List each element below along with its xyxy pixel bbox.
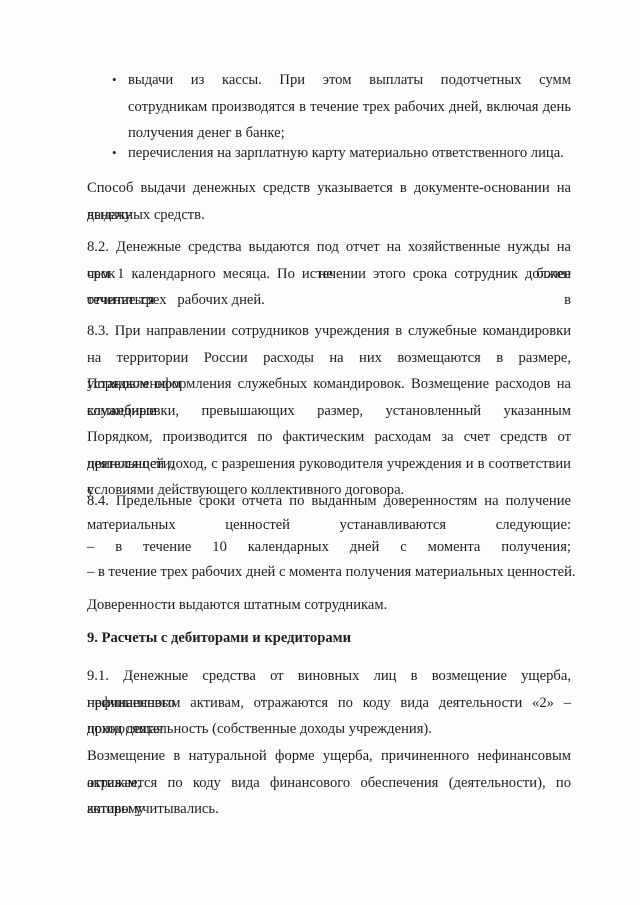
text-line: чем 1 календарного месяца. По истечении … [87, 261, 571, 288]
text-line: – в течение 10 календарных дней с момент… [87, 535, 571, 559]
document-page: • выдачи из кассы. При этом выплаты подо… [0, 0, 640, 905]
text-line: Порядком, производится по фактическим ра… [87, 424, 571, 451]
text-line: командировки, превышающих размер, устано… [87, 398, 571, 425]
text-line: активы учитывались. [87, 796, 571, 823]
text-line: – в течение трех рабочих дней с момента … [87, 559, 571, 586]
text-line: выдачи из кассы. При этом выплаты подотч… [128, 67, 571, 94]
paragraph-8-4: 8.4. Предельные сроки отчета по выданным… [87, 488, 571, 585]
text-line: 8.2. Денежные средства выдаются под отче… [87, 234, 571, 261]
text-line: доход деятельность (собственные доходы у… [87, 716, 571, 743]
section-heading-9: 9. Расчеты с дебиторами и кредиторами [87, 625, 571, 652]
text-line: отражается по коду вида финансового обес… [87, 770, 571, 797]
text-line: Порядком оформления служебных командиров… [87, 371, 571, 398]
paragraph-9-1: 9.1. Денежные средства от виновных лиц в… [87, 663, 571, 743]
text-line: 9.1. Денежные средства от виновных лиц в… [87, 663, 571, 690]
text-line: 8.3. При направлении сотрудников учрежде… [87, 318, 571, 345]
text-line: Доверенности выдаются штатным сотрудника… [87, 592, 571, 619]
paragraph-payment-method: Способ выдачи денежных средств указывает… [87, 175, 571, 228]
text-line: на территории России расходы на них возм… [87, 345, 571, 372]
text-line: 8.4. Предельные сроки отчета по выданным… [87, 488, 571, 515]
bullet-icon: • [112, 67, 126, 94]
text-line: сотрудникам производятся в течение трех … [128, 94, 571, 121]
text-line: приносящей доход, с разрешения руководит… [87, 451, 571, 478]
bullet-icon: • [112, 140, 126, 167]
text-line: Возмещение в натуральной форме ущерба, п… [87, 743, 571, 770]
heading-text: 9. Расчеты с дебиторами и кредиторами [87, 625, 571, 652]
text-line: нефинансовым активам, отражаются по коду… [87, 690, 571, 717]
text-line: перечисления на зарплатную карту материа… [128, 140, 571, 167]
paragraph-natural-compensation: Возмещение в натуральной форме ущерба, п… [87, 743, 571, 823]
paragraph-8-3: 8.3. При направлении сотрудников учрежде… [87, 318, 571, 504]
paragraph-powers-of-attorney: Доверенности выдаются штатным сотрудника… [87, 592, 571, 619]
text-line: материальных ценностей устанавливаются с… [87, 515, 571, 535]
text-line: денежных средств. [87, 202, 571, 229]
paragraph-8-2: 8.2. Денежные средства выдаются под отче… [87, 234, 571, 314]
text-line: Способ выдачи денежных средств указывает… [87, 175, 571, 202]
